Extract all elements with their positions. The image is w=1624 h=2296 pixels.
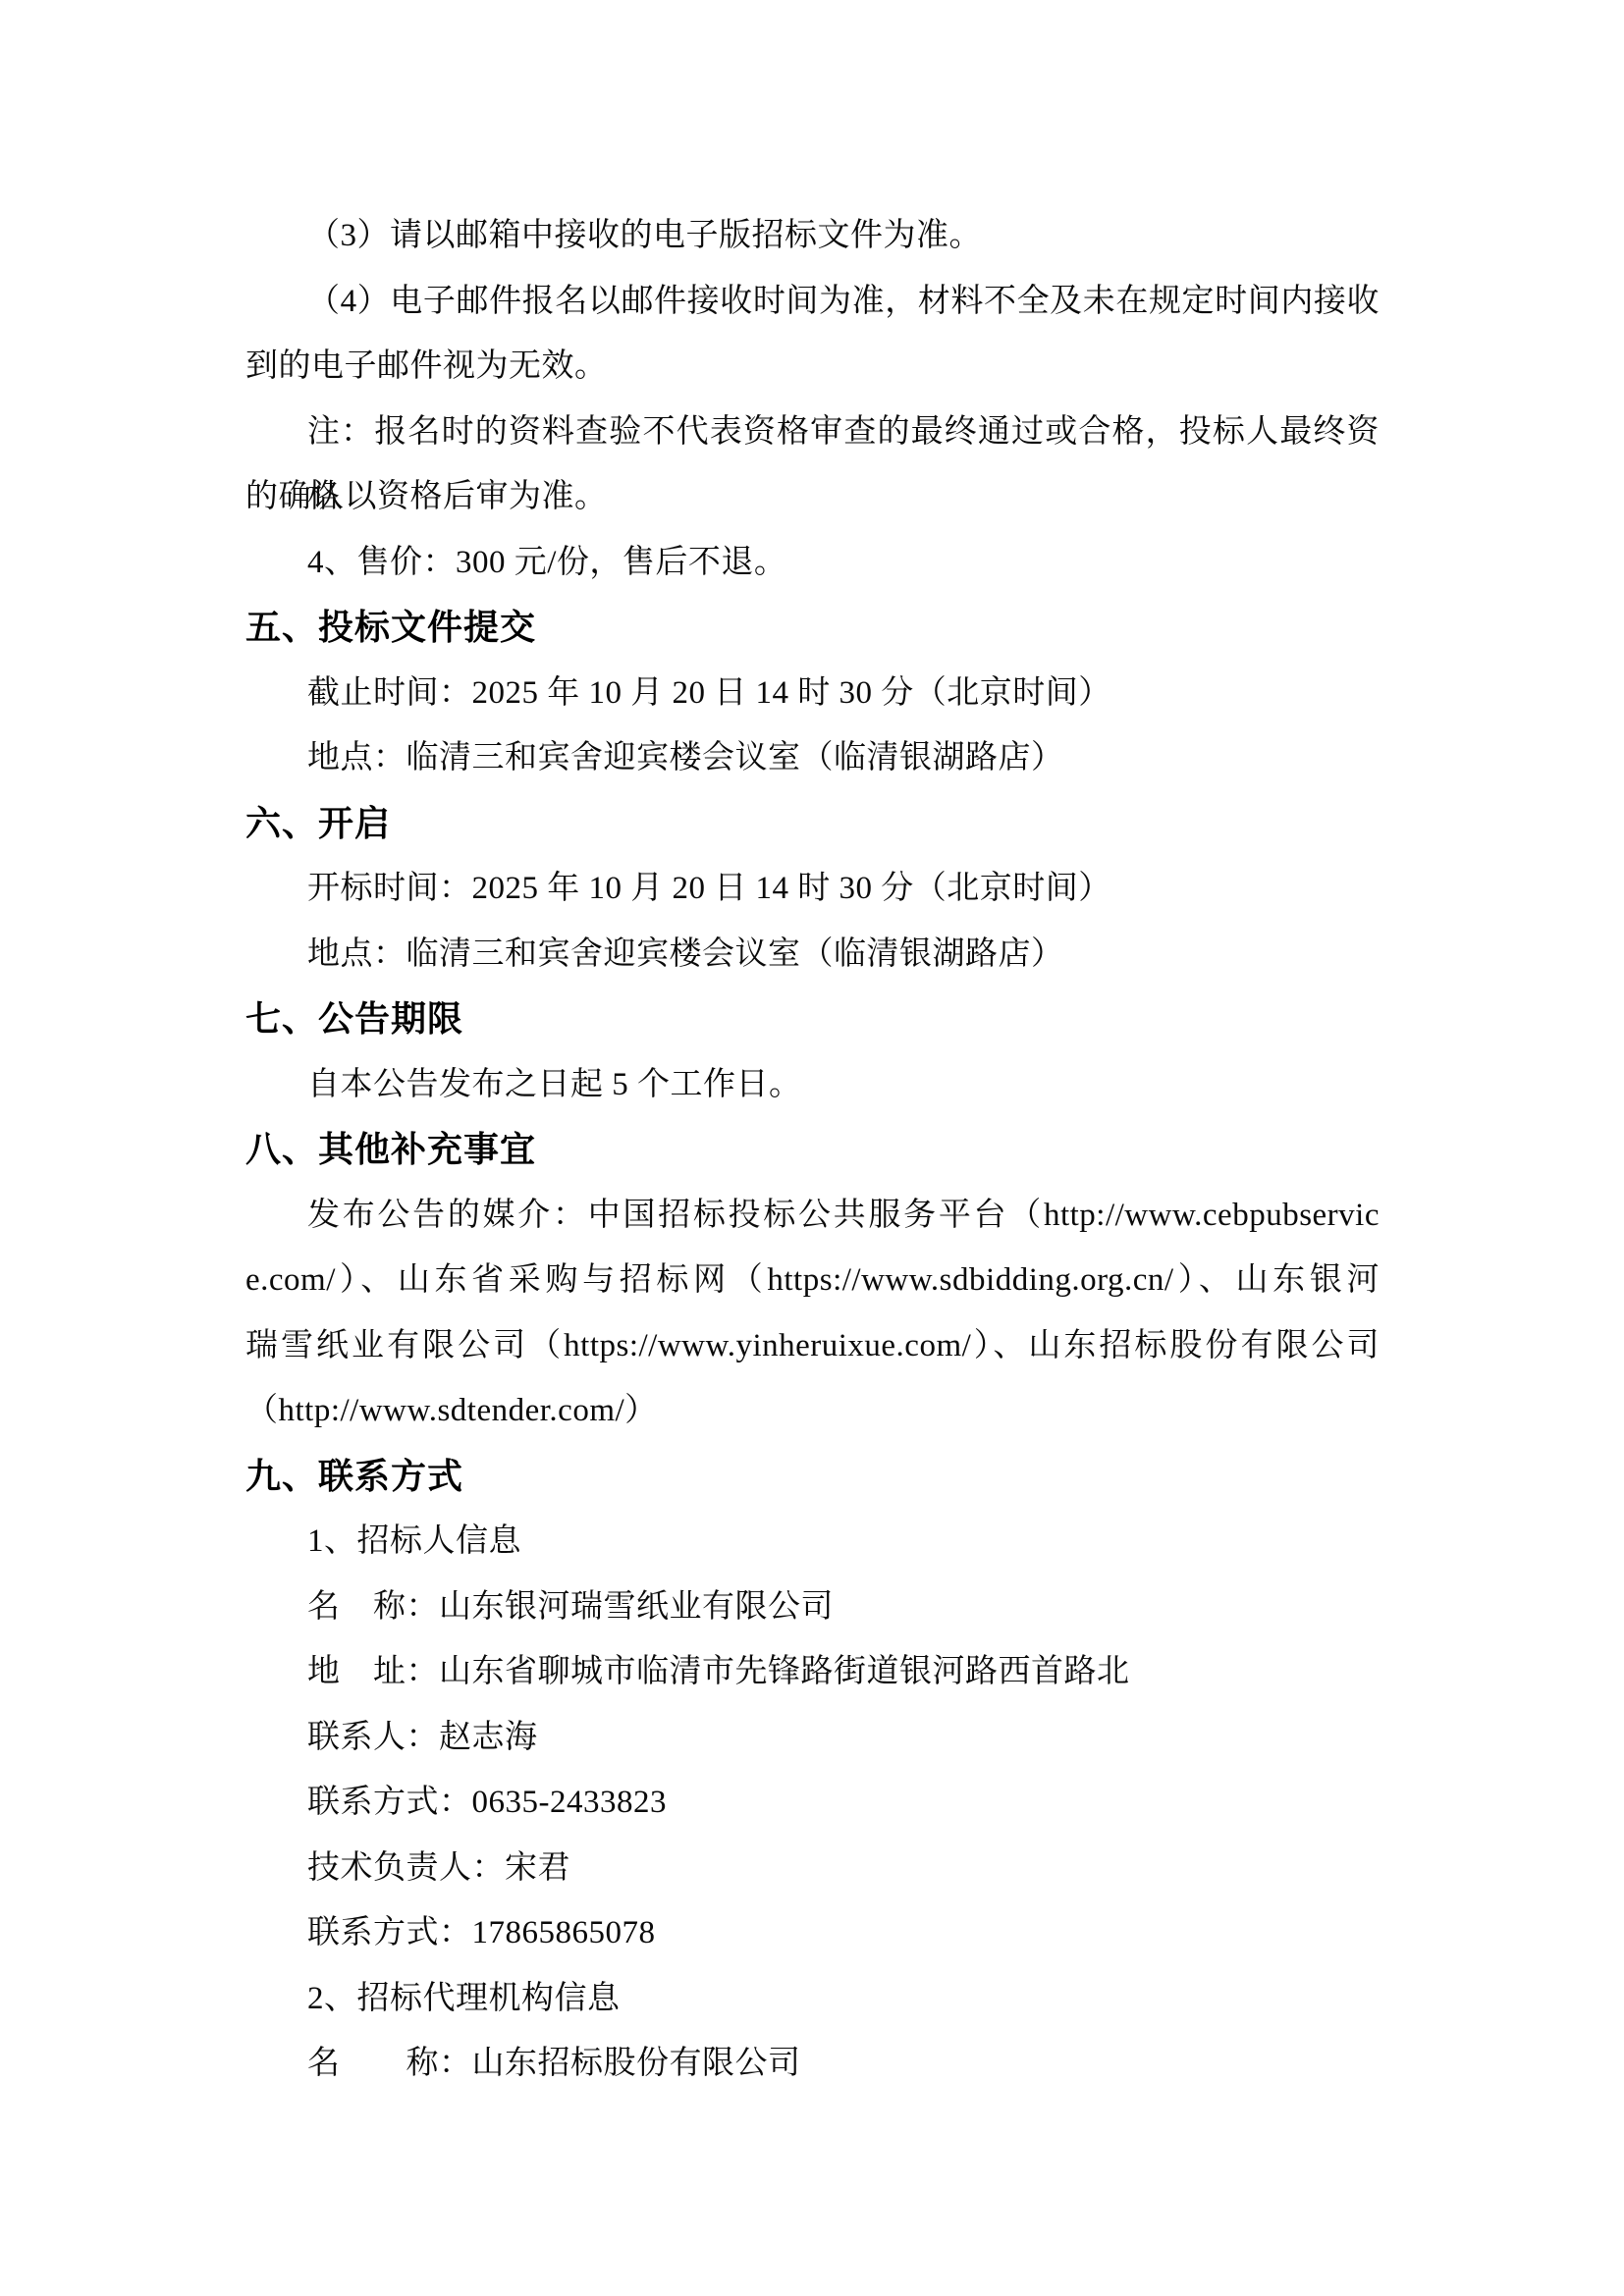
document-line: 1、招标人信息 bbox=[245, 1509, 1380, 1575]
document-line: 联系方式：0635-2433823 bbox=[245, 1770, 1380, 1836]
document-page: （3）请以邮箱中接收的电子版招标文件为准。（4）电子邮件报名以邮件接收时间为准，… bbox=[0, 0, 1624, 2296]
document-line: 地点：临清三和宾舍迎宾楼会议室（临清银湖路店） bbox=[245, 725, 1380, 791]
document-line: 自本公告发布之日起 5 个工作日。 bbox=[245, 1052, 1380, 1118]
document-line: 名 称：山东招标股份有限公司 bbox=[245, 2031, 1380, 2097]
document-line: 的确认以资格后审为准。 bbox=[245, 464, 1380, 530]
document-line: 4、售价：300 元/份，售后不退。 bbox=[245, 530, 1380, 596]
document-line: 地 址：山东省聊城市临清市先锋路街道银河路西首路北 bbox=[245, 1639, 1380, 1705]
document-line: 发布公告的媒介：中国招标投标公共服务平台（http://www.cebpubse… bbox=[245, 1183, 1380, 1249]
section-heading: 五、投标文件提交 bbox=[245, 595, 1380, 661]
document-line: （3）请以邮箱中接收的电子版招标文件为准。 bbox=[245, 203, 1380, 269]
document-line: 2、招标代理机构信息 bbox=[245, 1966, 1380, 2032]
document-line: （4）电子邮件报名以邮件接收时间为准，材料不全及未在规定时间内接收 bbox=[245, 269, 1380, 335]
document-line: 注：报名时的资料查验不代表资格审查的最终通过或合格，投标人最终资格 bbox=[245, 400, 1380, 465]
section-heading: 六、开启 bbox=[245, 791, 1380, 857]
document-line: 地点：临清三和宾舍迎宾楼会议室（临清银湖路店） bbox=[245, 922, 1380, 988]
document-line: 到的电子邮件视为无效。 bbox=[245, 334, 1380, 400]
document-line: 技术负责人：宋君 bbox=[245, 1836, 1380, 1901]
document-line: （http://www.sdtender.com/） bbox=[245, 1378, 1380, 1444]
document-line: e.com/）、山东省采购与招标网（https://www.sdbidding.… bbox=[245, 1248, 1380, 1313]
document-line: 名 称：山东银河瑞雪纸业有限公司 bbox=[245, 1575, 1380, 1640]
document-line: 联系方式：17865865078 bbox=[245, 1900, 1380, 1966]
section-heading: 九、联系方式 bbox=[245, 1444, 1380, 1510]
document-line: 联系人：赵志海 bbox=[245, 1705, 1380, 1771]
document-line: 截止时间：2025 年 10 月 20 日 14 时 30 分（北京时间） bbox=[245, 661, 1380, 726]
document-line: 开标时间：2025 年 10 月 20 日 14 时 30 分（北京时间） bbox=[245, 856, 1380, 922]
section-heading: 七、公告期限 bbox=[245, 987, 1380, 1052]
document-line: 瑞雪纸业有限公司（https://www.yinheruixue.com/）、山… bbox=[245, 1313, 1380, 1379]
section-heading: 八、其他补充事宜 bbox=[245, 1117, 1380, 1183]
